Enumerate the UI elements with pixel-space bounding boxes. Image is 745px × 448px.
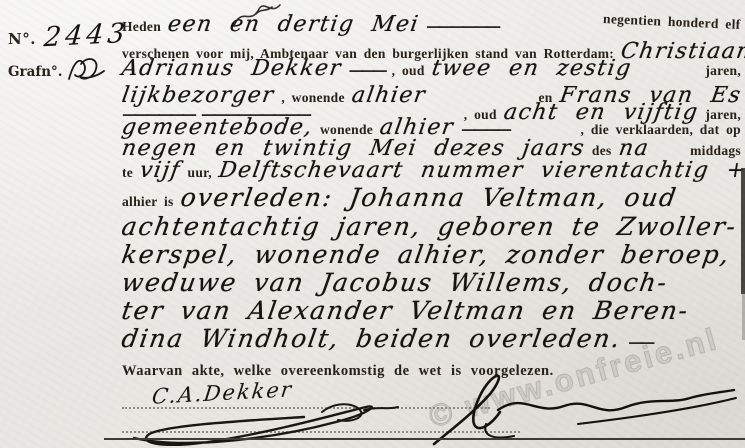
handwritten-text: dina Windholt, beiden overleden. <box>120 324 624 353</box>
document-line: verschenen voor mij, Ambtenaar van den b… <box>122 39 741 56</box>
page-edge-shadow <box>741 168 745 294</box>
printed-text: , oud <box>392 63 425 79</box>
document-line: kerspel, wonende alhier, zonder beroep, <box>122 240 741 268</box>
handwritten-text: Delftschevaart nummer vierentachtig + <box>217 158 745 183</box>
handwritten-text: kerspel, wonende alhier, zonder beroep, <box>120 240 733 269</box>
printed-text: uur, <box>188 165 212 181</box>
bottom-rule <box>104 438 745 440</box>
printed-text: Heden <box>122 19 161 35</box>
handwritten-text: acht en vijftig <box>502 100 700 125</box>
document-line: achtentachtig jaren, geboren te Zwoller- <box>122 212 741 240</box>
document-line: tevijfuur,Delftschevaart nummer vierenta… <box>122 158 741 183</box>
ruled-dash: —— <box>628 333 652 351</box>
act-number-value: 2443 <box>43 18 130 54</box>
handwritten-paraaf-mark <box>66 53 108 85</box>
document-line: weduwe van Jacobus Willems, doch- <box>122 268 741 296</box>
handwritten-text: Adrianus Dekker <box>120 56 344 81</box>
handwritten-text: twee en zestig <box>430 56 634 81</box>
act-number-row: N°. 2443 <box>8 20 120 51</box>
handwritten-text: Christiaan <box>619 39 745 64</box>
handwritten-text: achtentachtig jaren, geboren te Zwoller- <box>120 212 739 241</box>
body-lines: Hedeneen en dertig Mei——————negentien ho… <box>122 12 741 380</box>
printed-text: middags <box>690 143 741 159</box>
printed-text: alhier is <box>122 194 174 210</box>
document-line: lijkbezorger, wonendealhierenFrans van E… <box>122 83 741 100</box>
handwritten-text: vijf <box>138 158 182 183</box>
printed-text: jaren, <box>705 63 741 79</box>
margin-column: N°. 2443 Grafn°. <box>8 20 120 85</box>
document-line: negen en twintig Mei dezes jaarsdesnamid… <box>122 136 741 158</box>
handwritten-text: lijkbezorger <box>120 83 276 108</box>
handwritten-text: alhier <box>350 83 428 108</box>
handwritten-text: overleden: Johanna Veltman, oud <box>178 183 679 212</box>
printed-text: negentien honderd elf <box>603 11 741 33</box>
grafn-label: Grafn°. <box>8 64 62 80</box>
document-line: alhier isoverleden: Johanna Veltman, oud <box>122 183 741 212</box>
ruled-dash: ——— <box>349 61 385 79</box>
registrar-signature-scrawl <box>428 360 743 448</box>
handwritten-text: een en dertig Mei <box>166 12 421 37</box>
printed-text: jaren, <box>705 107 741 123</box>
printed-text: te <box>122 165 133 181</box>
document-line: Hedeneen en dertig Mei——————negentien ho… <box>122 12 741 39</box>
handwritten-text: weduwe van Jacobus Willems, doch- <box>120 268 670 297</box>
ruled-dash: —————— <box>426 17 498 35</box>
printed-text: , wonende <box>281 90 344 106</box>
document-line: dina Windholt, beiden overleden.—— <box>122 324 741 363</box>
printed-text: des <box>592 143 612 159</box>
document-line: ter van Alexander Veltman en Beren- <box>122 296 741 324</box>
grafn-row: Grafn°. <box>8 59 120 85</box>
handwritten-text: ter van Alexander Veltman en Beren- <box>120 296 692 325</box>
act-number-label: N°. <box>8 30 36 48</box>
